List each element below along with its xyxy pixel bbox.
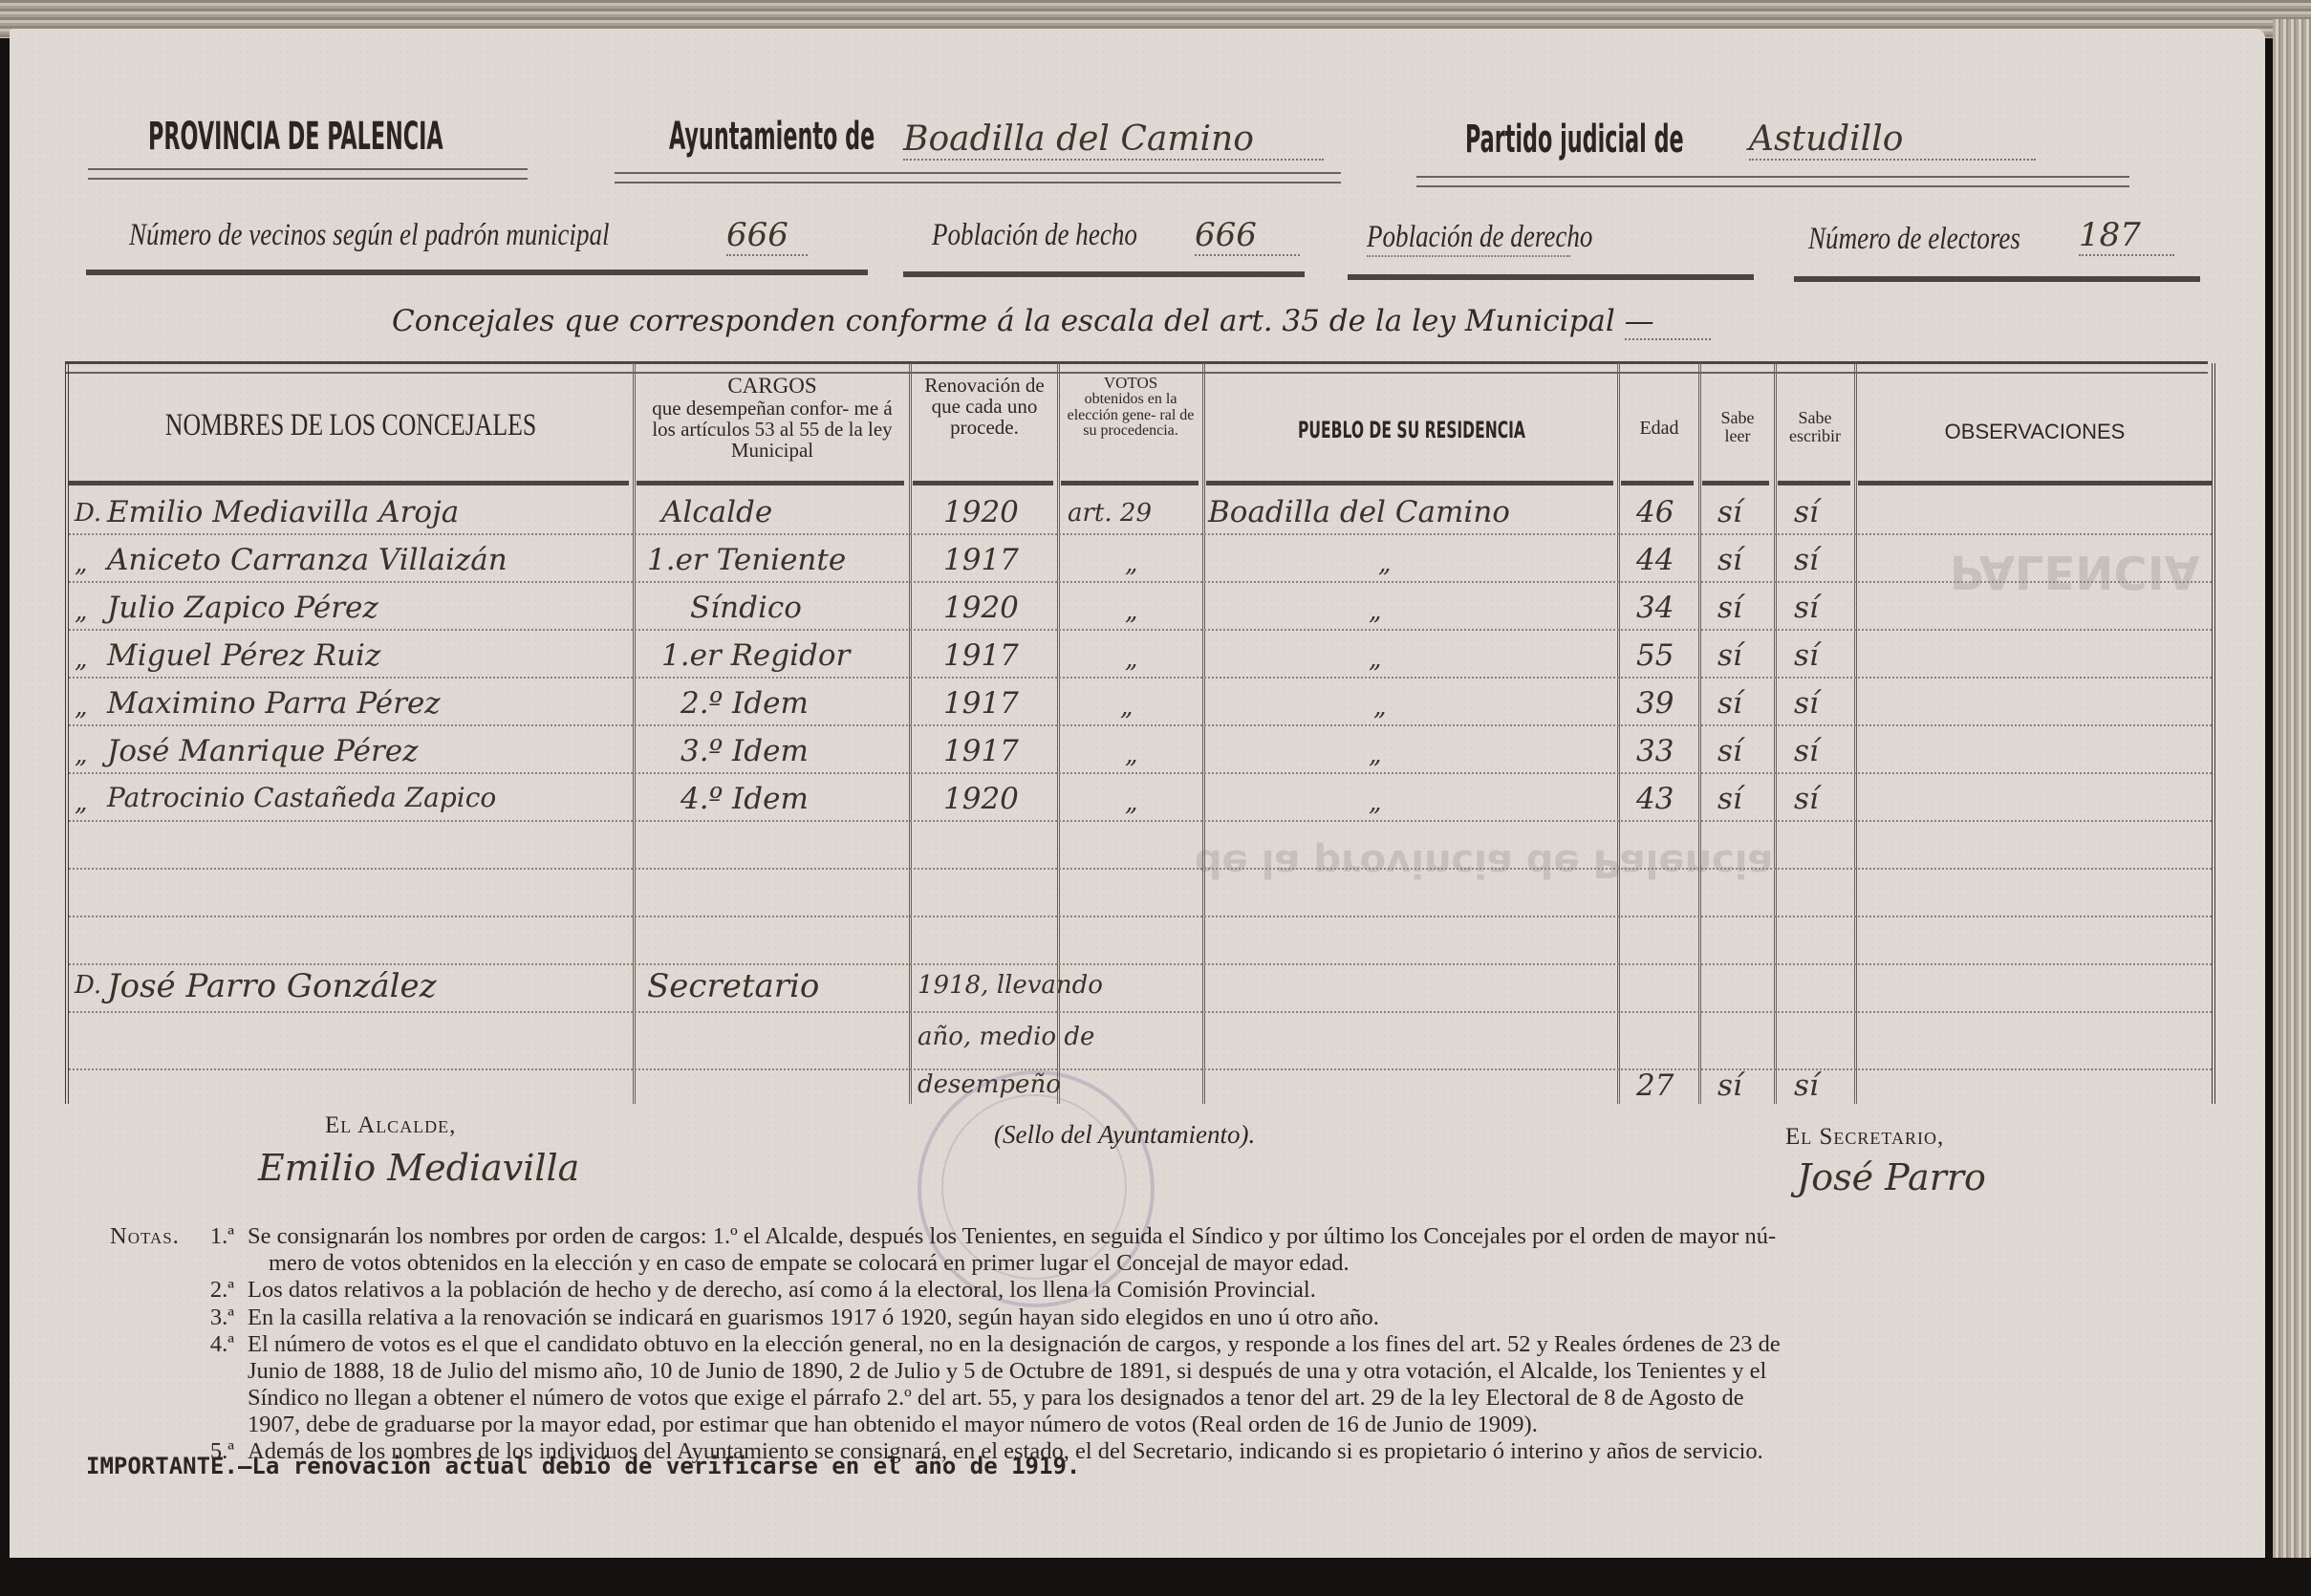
row-rule — [69, 1068, 2212, 1070]
row-prefix: „ — [75, 645, 87, 674]
note-4-cont: Síndico no llegan a obtener el número de… — [110, 1385, 2213, 1412]
book-page-edge-right — [2273, 19, 2311, 1558]
header-pueblo: PUEBLO DE SU RESIDENCIA — [1263, 419, 1560, 442]
cargo: Alcalde — [661, 495, 772, 529]
row-rule — [69, 868, 2212, 870]
pueblo: „ — [1378, 550, 1391, 578]
secretario-cargo: Secretario — [647, 967, 819, 1005]
pueblo: „ — [1369, 741, 1381, 769]
col-divider — [1202, 363, 1205, 1104]
divider — [903, 271, 1305, 277]
header-renovacion: Renovación de que cada uno procede. — [913, 375, 1056, 438]
renovacion: 1917 — [943, 734, 1019, 768]
header-votos: VOTOS obtenidos en la elección gene- ral… — [1061, 375, 1200, 440]
renovacion: 1920 — [943, 495, 1019, 529]
note-text: Síndico no llegan a obtener el número de… — [248, 1385, 2213, 1412]
renovacion: 1917 — [943, 686, 1019, 721]
note-text: mero de votos obtenidos en la elección y… — [248, 1250, 2213, 1277]
vecinos-label: Número de vecinos según el padrón munici… — [129, 218, 610, 253]
sabe-leer: sí — [1717, 782, 1742, 816]
alcalde-label: El Alcalde, — [325, 1112, 456, 1139]
sabe-leer: sí — [1717, 591, 1742, 625]
header-rule — [637, 481, 904, 485]
hecho-value: 666 — [1195, 216, 1300, 256]
spacer — [110, 1277, 196, 1304]
cargo: 3.º Idem — [680, 734, 809, 768]
concejales-table: NOMBRES DE LOS CONCEJALES CARGOS que des… — [65, 363, 2215, 1104]
row-prefix: D. — [75, 499, 101, 528]
divider — [88, 168, 528, 180]
sabe-escribir: sí — [1794, 686, 1819, 721]
ayuntamiento-value: Boadilla del Camino — [903, 119, 1324, 161]
votos: „ — [1125, 597, 1137, 626]
electores-value: 187 — [2079, 216, 2174, 256]
row-rule — [69, 629, 2212, 631]
header-rule — [1778, 481, 1850, 485]
electores-label: Número de electores — [1808, 222, 2020, 257]
col-divider — [633, 363, 636, 1104]
row-prefix: „ — [75, 693, 87, 722]
sabe-leer: sí — [1717, 734, 1742, 768]
note-1: Notas. 1.ª Se consignarán los nombres po… — [110, 1223, 2213, 1250]
sabe-leer: sí — [1717, 495, 1742, 529]
provincia-title: PROVINCIA DE PALENCIA — [148, 115, 443, 159]
row-prefix: „ — [75, 550, 87, 578]
header-rule — [1858, 481, 2212, 485]
derecho-label: Población de derecho — [1367, 220, 1570, 257]
row-prefix: D. — [75, 971, 101, 1000]
row-rule — [69, 772, 2212, 774]
edad: 46 — [1636, 495, 1674, 529]
note-number: 4.ª — [196, 1331, 248, 1358]
escala-line: Concejales que corresponden conforme á l… — [392, 304, 1711, 340]
secretario-name: José Parro González — [107, 967, 437, 1005]
note-4-cont: 1907, debe de graduarse por la mayor eda… — [110, 1412, 2213, 1438]
row-rule — [69, 724, 2212, 726]
edad: 34 — [1636, 591, 1674, 625]
col-divider — [909, 363, 912, 1104]
note-4-cont: Junio de 1888, 18 de Julio del mismo año… — [110, 1358, 2213, 1385]
pueblo: „ — [1369, 597, 1381, 626]
scan-background — [0, 1558, 2311, 1596]
note-number: 3.ª — [196, 1305, 248, 1331]
concejal-name: Aniceto Carranza Villaizán — [107, 543, 508, 577]
header-rule — [69, 481, 629, 485]
header-cargos: CARGOS que desempeñan confor- me á los a… — [637, 375, 908, 461]
secretario-renovacion-1: 1918, llevando — [918, 971, 1103, 1000]
note-3: 3.ª En la casilla relativa a la renovaci… — [110, 1305, 2213, 1331]
divider — [1416, 176, 2129, 187]
ayuntamiento-label: Ayuntamiento de — [669, 115, 875, 159]
note-text: Junio de 1888, 18 de Julio del mismo año… — [248, 1358, 2213, 1385]
secretario-signature: José Parro — [1797, 1156, 1986, 1198]
spacer — [196, 1412, 248, 1438]
escala-label: Concejales que corresponden conforme á l… — [392, 304, 1615, 338]
header-nombres: NOMBRES DE LOS CONCEJALES — [131, 409, 571, 442]
pueblo: Boadilla del Camino — [1208, 495, 1510, 529]
votos: „ — [1125, 550, 1137, 578]
secretario-renovacion-2: año, medio de — [918, 1023, 1094, 1051]
sabe-escribir: sí — [1794, 782, 1819, 816]
note-text: 1907, debe de graduarse por la mayor eda… — [248, 1412, 2213, 1438]
edad: 44 — [1636, 543, 1674, 577]
renovacion: 1917 — [943, 638, 1019, 673]
edad: 43 — [1636, 782, 1674, 816]
partido-label: Partido judicial de — [1465, 118, 1684, 162]
secretario-label: El Secretario, — [1785, 1124, 1944, 1151]
partido-value: Astudillo — [1749, 119, 2036, 161]
header-votos-sub: obtenidos en la elección gene- ral de su… — [1061, 392, 1200, 440]
spacer — [110, 1250, 196, 1277]
row-rule — [69, 533, 2212, 535]
sabe-leer: sí — [1717, 543, 1742, 577]
spacer — [110, 1385, 196, 1412]
edad: 55 — [1636, 638, 1674, 673]
cargo: 1.er Regidor — [661, 638, 850, 673]
note-1-cont: mero de votos obtenidos en la elección y… — [110, 1250, 2213, 1277]
col-divider — [1774, 363, 1777, 1104]
spacer — [196, 1358, 248, 1385]
edad: 39 — [1636, 686, 1674, 721]
header-votos-title: VOTOS — [1061, 375, 1200, 392]
escala-value: — — [1625, 304, 1711, 340]
votos: art. 29 — [1068, 499, 1152, 528]
votos: „ — [1125, 788, 1137, 817]
header-cargos-title: CARGOS — [637, 375, 908, 398]
spacer — [110, 1412, 196, 1438]
cargo: 1.er Teniente — [647, 543, 846, 577]
concejal-name: Patrocinio Castañeda Zapico — [107, 782, 496, 813]
divider — [86, 270, 868, 275]
spacer — [196, 1385, 248, 1412]
sabe-leer: sí — [1717, 638, 1742, 673]
row-prefix: „ — [75, 741, 87, 769]
row-rule — [69, 963, 2212, 965]
vecinos-value: 666 — [726, 216, 808, 256]
secretario-sabe-escribir: sí — [1794, 1068, 1819, 1103]
votos: „ — [1125, 741, 1137, 769]
cargo: Síndico — [690, 591, 802, 625]
sello-label: (Sello del Ayuntamiento). — [994, 1120, 1255, 1150]
header-rule — [1702, 481, 1769, 485]
header-observaciones: OBSERVACIONES — [1858, 421, 2212, 442]
concejal-name: José Manrique Pérez — [107, 734, 418, 768]
divider — [1348, 274, 1754, 280]
edad: 33 — [1636, 734, 1674, 768]
sabe-escribir: sí — [1794, 591, 1819, 625]
row-prefix: „ — [75, 597, 87, 626]
header-cargos-sub: que desempeñan confor- me á los artículo… — [637, 398, 908, 461]
secretario-edad: 27 — [1636, 1068, 1674, 1103]
votos: „ — [1120, 693, 1133, 722]
sabe-escribir: sí — [1794, 543, 1819, 577]
divider — [1794, 276, 2200, 282]
col-divider — [1617, 363, 1620, 1104]
header-rule — [913, 481, 1053, 485]
divider — [615, 172, 1341, 183]
sabe-escribir: sí — [1794, 638, 1819, 673]
row-rule — [69, 581, 2212, 583]
hecho-label: Población de hecho — [932, 218, 1137, 253]
pueblo: „ — [1369, 788, 1381, 817]
renovacion: 1917 — [943, 543, 1019, 577]
note-text: Los datos relativos a la población de he… — [248, 1277, 2213, 1304]
secretario-sabe-leer: sí — [1717, 1068, 1742, 1103]
concejal-name: Miguel Pérez Ruiz — [107, 638, 380, 673]
row-rule — [69, 1011, 2212, 1013]
row-rule — [69, 677, 2212, 679]
col-divider — [1854, 363, 1857, 1104]
spacer — [110, 1358, 196, 1385]
row-prefix: „ — [75, 788, 87, 817]
renovacion: 1920 — [943, 591, 1019, 625]
votos: „ — [1125, 645, 1137, 674]
note-number: 2.ª — [196, 1277, 248, 1304]
cargo: 4.º Idem — [680, 782, 809, 816]
row-rule — [69, 916, 2212, 917]
note-4: 4.ª El número de votos es el que el cand… — [110, 1331, 2213, 1358]
cargo: 2.º Idem — [680, 686, 809, 721]
header-sabe-escribir: Sabe escribir — [1778, 409, 1852, 445]
concejal-name: Emilio Mediavilla Aroja — [107, 495, 459, 529]
pueblo: „ — [1373, 693, 1386, 722]
spacer — [110, 1331, 196, 1358]
sabe-leer: sí — [1717, 686, 1742, 721]
header-edad: Edad — [1621, 419, 1697, 439]
pueblo: „ — [1369, 645, 1381, 674]
header-rule — [1206, 481, 1613, 485]
note-2: 2.ª Los datos relativos a la población d… — [110, 1277, 2213, 1304]
alcalde-signature: Emilio Mediavilla — [258, 1147, 579, 1189]
sabe-escribir: sí — [1794, 734, 1819, 768]
spacer — [110, 1305, 196, 1331]
note-text: El número de votos es el que el candidat… — [248, 1331, 2213, 1358]
concejal-name: Maximino Parra Pérez — [107, 686, 441, 721]
header-rule — [1621, 481, 1694, 485]
renovacion: 1920 — [943, 782, 1019, 816]
col-divider — [1698, 363, 1701, 1104]
concejal-name: Julio Zapico Pérez — [107, 591, 378, 625]
header-rule — [1061, 481, 1199, 485]
note-text: Se consignarán los nombres por orden de … — [248, 1223, 2213, 1250]
importante-notice: IMPORTANTE.—La renovación actual debió d… — [86, 1453, 1080, 1479]
spacer — [196, 1250, 248, 1277]
notes-section: Notas. 1.ª Se consignarán los nombres po… — [110, 1223, 2213, 1466]
note-number: 1.ª — [196, 1223, 248, 1250]
note-text: En la casilla relativa a la renovación s… — [248, 1305, 2213, 1331]
row-rule — [69, 820, 2212, 822]
notes-heading: Notas. — [110, 1223, 196, 1250]
header-sabe-leer: Sabe leer — [1702, 409, 1773, 445]
sabe-escribir: sí — [1794, 495, 1819, 529]
